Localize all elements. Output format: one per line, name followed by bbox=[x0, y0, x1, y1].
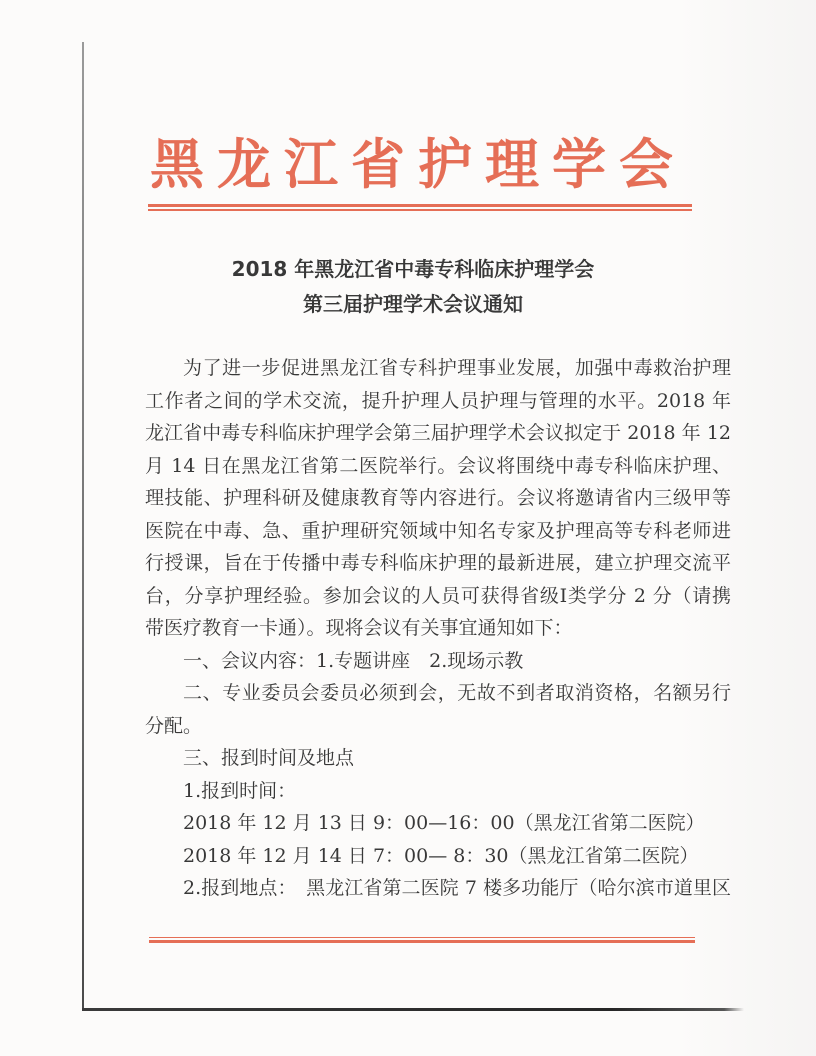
notice-title-line-1: 2018 年黑龙江省中毒专科临床护理学会 bbox=[133, 252, 693, 287]
body-line-item-3: 三、报到时间及地点 bbox=[145, 742, 731, 775]
notice-title: 2018 年黑龙江省中毒专科临床护理学会 第三届护理学术会议通知 bbox=[133, 252, 693, 322]
body-line-checkin-time-2: 2018 年 12 月 14 日 7：00— 8：30（黑龙江省第二医院） bbox=[145, 840, 731, 873]
scan-page-left-edge bbox=[82, 42, 84, 1010]
body-line: 分配。 bbox=[145, 710, 731, 743]
body-line: 理技能、护理科研及健康教育等内容进行。会议将邀请省内三级甲等 bbox=[145, 482, 731, 515]
body-line: 龙江省中毒专科临床护理学会第三届护理学术会议拟定于 2018 年 12 bbox=[145, 417, 731, 450]
body-line-item-1: 一、会议内容：1.专题讲座 2.现场示教 bbox=[145, 645, 731, 678]
scan-page-bottom-edge bbox=[82, 1008, 744, 1011]
body-line: 月 14 日在黑龙江省第二医院举行。会议将围绕中毒专科临床护理、护 bbox=[145, 450, 731, 483]
footer-double-rule bbox=[149, 937, 695, 943]
body-line: 带医疗教育一卡通）。现将会议有关事宜通知如下： bbox=[145, 612, 731, 645]
body-line: 工作者之间的学术交流，提升护理人员护理与管理的水平。2018 年黑 bbox=[145, 385, 731, 418]
body-line: 行授课，旨在于传播中毒专科临床护理的最新进展，建立护理交流平 bbox=[145, 547, 731, 580]
notice-title-line-2: 第三届护理学术会议通知 bbox=[133, 287, 693, 322]
notice-body: 为了进一步促进黑龙江省专科护理事业发展，加强中毒救治护理 工作者之间的学术交流，… bbox=[145, 352, 731, 905]
body-line-item-2: 二、专业委员会委员必须到会，无故不到者取消资格，名额另行 bbox=[145, 677, 731, 710]
scanned-document-page: 黑龙江省护理学会 2018 年黑龙江省中毒专科临床护理学会 第三届护理学术会议通… bbox=[0, 0, 816, 1056]
body-line-checkin-place: 2.报到地点： 黑龙江省第二医院 7 楼多功能厅（哈尔滨市道里区 bbox=[145, 872, 731, 905]
body-line: 台，分享护理经验。参加会议的人员可获得省级Ⅰ类学分 2 分（请携 bbox=[145, 580, 731, 613]
body-line-checkin-time-1: 2018 年 12 月 13 日 9：00—16：00（黑龙江省第二医院） bbox=[145, 807, 731, 840]
letterhead-org-name: 黑龙江省护理学会 bbox=[90, 130, 746, 198]
body-line-checkin-time-label: 1.报到时间： bbox=[145, 775, 731, 808]
letterhead-double-rule bbox=[148, 204, 692, 211]
body-line: 医院在中毒、急、重护理研究领域中知名专家及护理高等专科老师进 bbox=[145, 515, 731, 548]
body-line: 为了进一步促进黑龙江省专科护理事业发展，加强中毒救治护理 bbox=[145, 352, 731, 385]
